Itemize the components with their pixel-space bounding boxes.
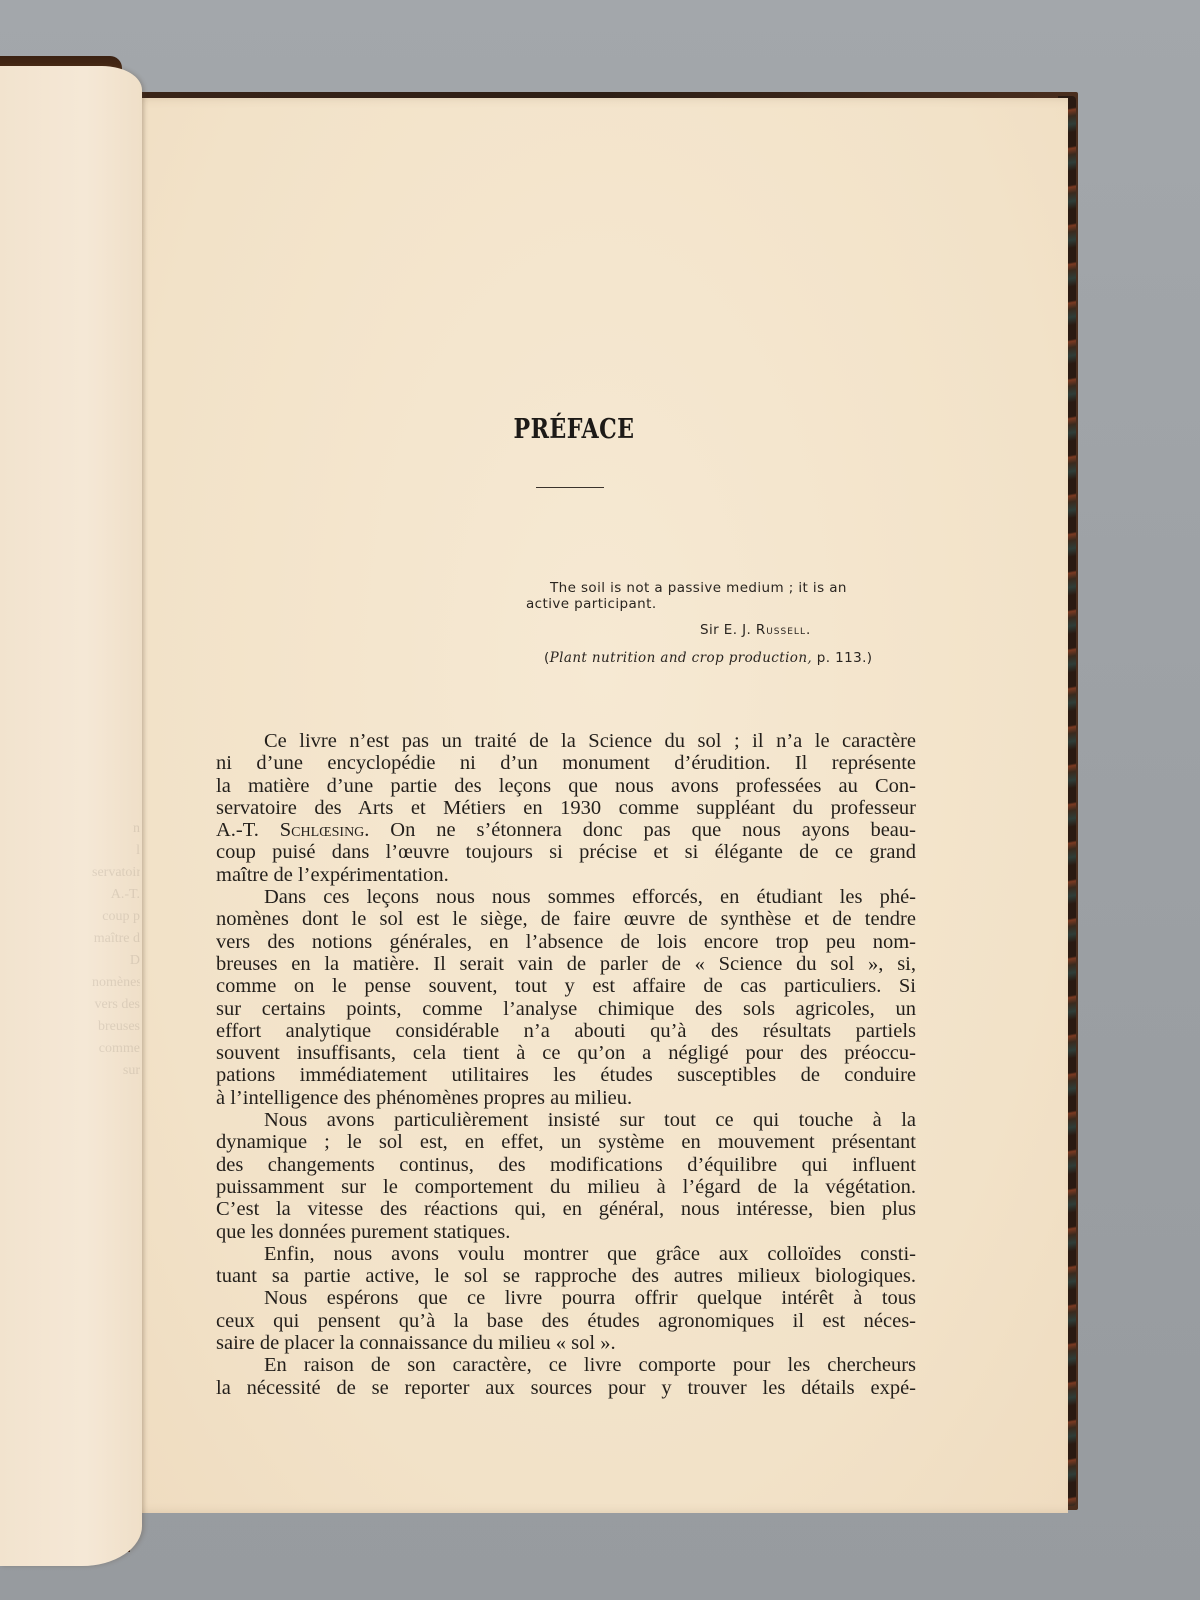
text-line: coup puisé dans l’œuvre toujours si préc…: [216, 841, 916, 863]
preface-body: Ce livre n’est pas un traité de la Scien…: [216, 730, 916, 1399]
text-line: ceux qui pensent qu’à la base des études…: [216, 1310, 916, 1332]
epigraph-source: (Plant nutrition and crop production, p.…: [526, 650, 922, 666]
text-line: souvent insuffisants, cela tient à ce qu…: [216, 1042, 916, 1064]
text-line: Nous avons particulièrement insisté sur …: [216, 1109, 916, 1131]
text-line: servatoire des Arts et Métiers en 1930 c…: [216, 797, 916, 819]
text-line: Nous espérons que ce livre pourra offrir…: [216, 1287, 916, 1309]
text-line: A.-T. Schlœsing. On ne s’étonnera donc p…: [216, 819, 916, 841]
epigraph: The soil is not a passive medium ; it is…: [526, 580, 922, 666]
text-line: puissamment sur le comportement du milie…: [216, 1176, 916, 1198]
text-line: breuses en la matière. Il serait vain de…: [216, 953, 916, 975]
epigraph-author: Sir E. J. Russell.: [526, 622, 922, 638]
text-line: la matière d’une partie des leçons que n…: [216, 775, 916, 797]
title-rule: [536, 487, 604, 488]
text-line: effort analytique considérable n’a about…: [216, 1020, 916, 1042]
text-line: maître de l’expérimentation.: [216, 864, 916, 886]
text-line: comme on le pense souvent, tout y est af…: [216, 975, 916, 997]
text-line: ni d’une encyclopédie ni d’un monument d…: [216, 752, 916, 774]
text-line: la nécessité de se reporter aux sources …: [216, 1377, 916, 1399]
text-line: saire de placer la connaissance du milie…: [216, 1332, 916, 1354]
text-line: vers des notions générales, en l’absence…: [216, 931, 916, 953]
left-page-curl: n l servatoire des A.-T. coup p maître d…: [0, 66, 142, 1566]
text-line: que les données purement statiques.: [216, 1221, 916, 1243]
text-line: En raison de son caractère, ce livre com…: [216, 1354, 916, 1376]
show-through-text: n l servatoire des A.-T. coup p maître d…: [92, 818, 140, 1082]
text-line: nomènes dont le sol est le siège, de fai…: [216, 908, 916, 930]
page-title: PRÉFACE: [103, 414, 1044, 445]
text-line: C’est la vitesse des réactions qui, en g…: [216, 1198, 916, 1220]
text-line: des changements continus, des modificati…: [216, 1154, 916, 1176]
text-line: Ce livre n’est pas un traité de la Scien…: [216, 730, 916, 752]
text-line: Dans ces leçons nous nous sommes efforcé…: [216, 886, 916, 908]
text-line: Enfin, nous avons voulu montrer que grâc…: [216, 1243, 916, 1265]
text-line: tuant sa partie active, le sol se rappro…: [216, 1265, 916, 1287]
text-line: à l’intelligence des phénomènes propres …: [216, 1087, 916, 1109]
epigraph-quote: The soil is not a passive medium ; it is…: [526, 580, 922, 612]
text-line: pations immédiatement utilitaires les ét…: [216, 1064, 916, 1086]
text-line: dynamique ; le sol est, en effet, un sys…: [216, 1131, 916, 1153]
author-name-smallcaps: Schlœsing: [280, 819, 365, 841]
text-line: sur certains points, comme l’analyse chi…: [216, 998, 916, 1020]
